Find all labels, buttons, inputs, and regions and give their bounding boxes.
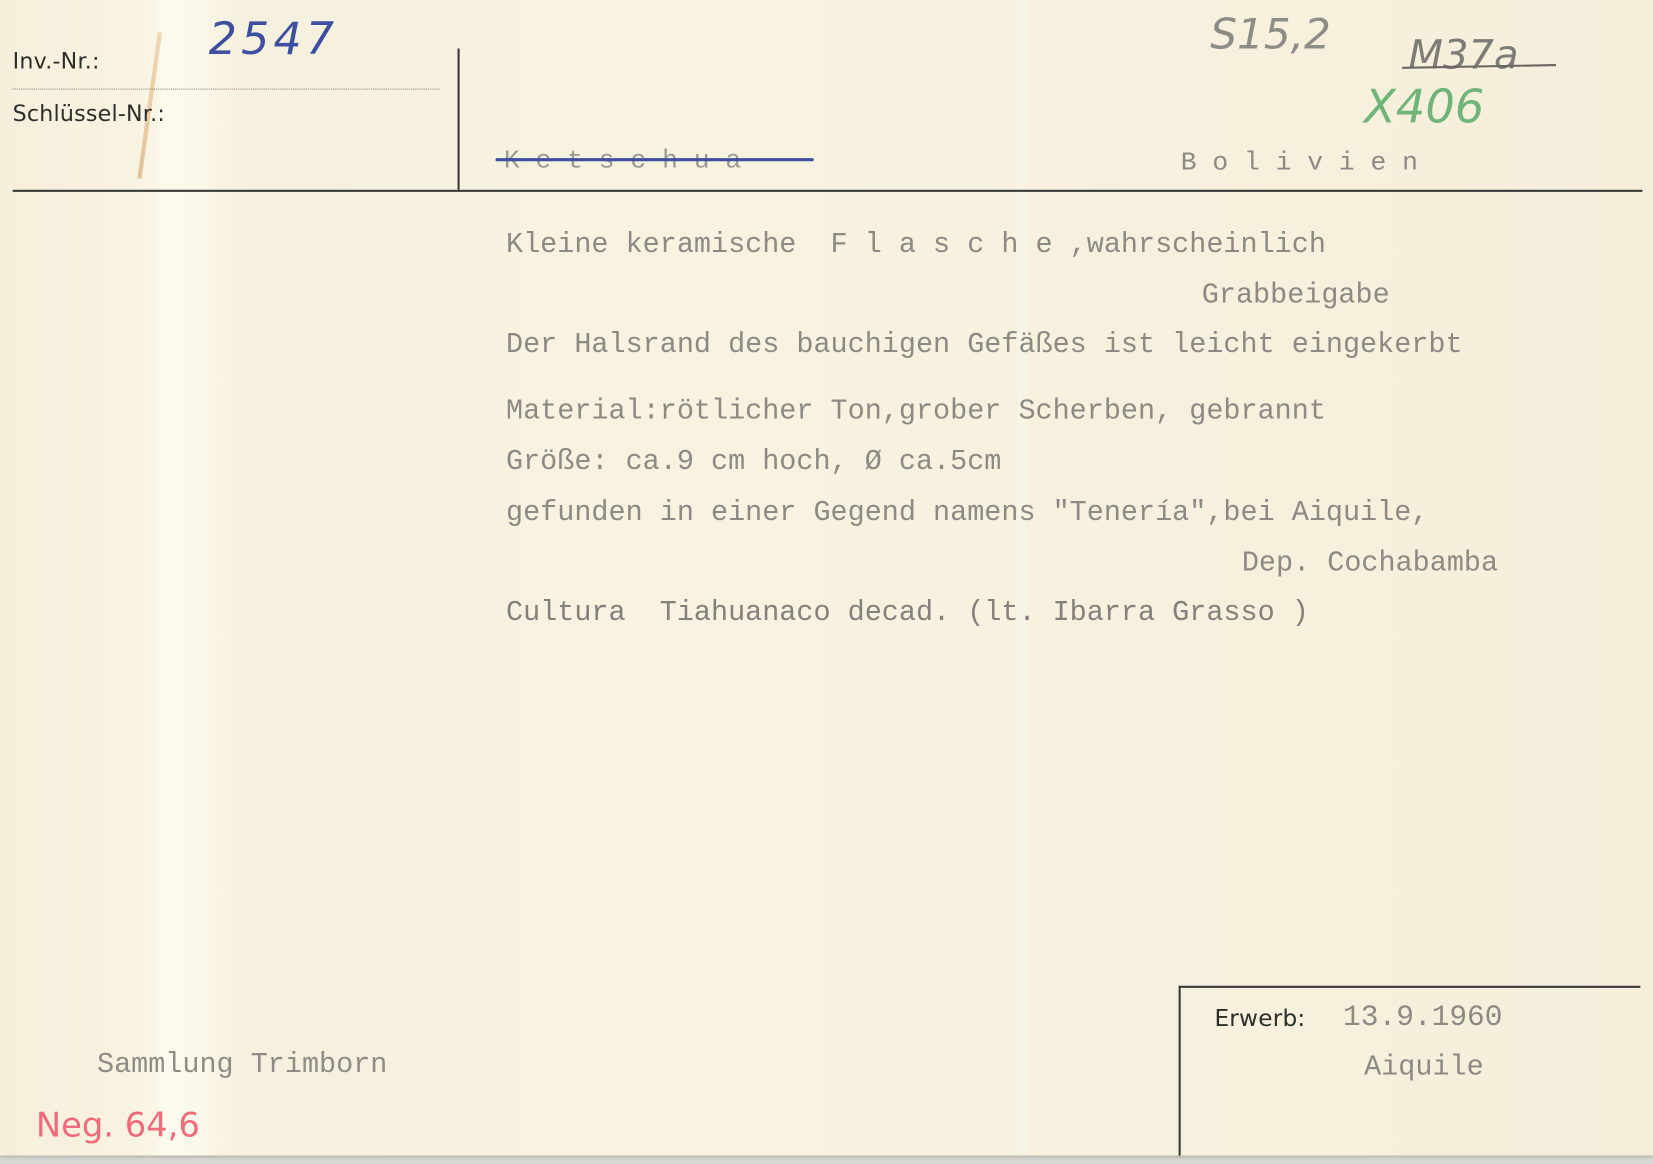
erwerb-date: 13.9.1960: [1343, 1002, 1502, 1035]
catalog-card-stage: Inv.-Nr.: 2547 Schlüssel-Nr.: K e t s c …: [0, 0, 1653, 1164]
erwerb-box-left-rule: [1179, 986, 1181, 1156]
paper-crease: [1017, 0, 1025, 1156]
body-line-material: Material:rötlicher Ton,grober Scherben, …: [506, 396, 1326, 428]
strike-through-line: [495, 158, 813, 161]
body-line-3: Der Halsrand des bauchigen Gefäßes ist l…: [506, 330, 1463, 362]
header-vertical-divider: [458, 48, 460, 189]
erwerb-label: Erwerb:: [1214, 1006, 1305, 1032]
catalog-card: Inv.-Nr.: 2547 Schlüssel-Nr.: K e t s c …: [0, 0, 1653, 1156]
annotation-pencil: S15,2: [1210, 11, 1331, 59]
body-line-2: Grabbeigabe: [1202, 280, 1390, 312]
header-dotted-rule: [13, 89, 440, 90]
body-line-culture: Cultura Tiahuanaco decad. (lt. Ibarra Gr…: [506, 598, 1309, 630]
body-line-found: gefunden in einer Gegend namens "Tenería…: [506, 498, 1428, 530]
paper-crease: [158, 0, 209, 1156]
country-label: B o l i v i e n: [1181, 148, 1418, 179]
header-rule: [13, 190, 1643, 192]
body-line-department: Dep. Cochabamba: [1242, 548, 1498, 580]
negative-number: Neg. 64,6: [36, 1105, 200, 1145]
body-line-1: Kleine keramische F l a s c h e ,wahrsch…: [506, 230, 1326, 262]
schluessel-nr-label: Schlüssel-Nr.:: [13, 101, 165, 126]
collection-label: Sammlung Trimborn: [97, 1050, 387, 1082]
annotation-struck: M37a: [1408, 32, 1518, 78]
inv-nr-value: 2547: [209, 13, 339, 65]
annotation-green: X406: [1364, 80, 1484, 134]
body-line-size: Größe: ca.9 cm hoch, Ø ca.5cm: [506, 447, 1001, 479]
erwerb-box-top-rule: [1179, 986, 1641, 988]
erwerb-place: Aiquile: [1364, 1052, 1484, 1084]
inv-nr-label: Inv.-Nr.:: [13, 48, 100, 73]
